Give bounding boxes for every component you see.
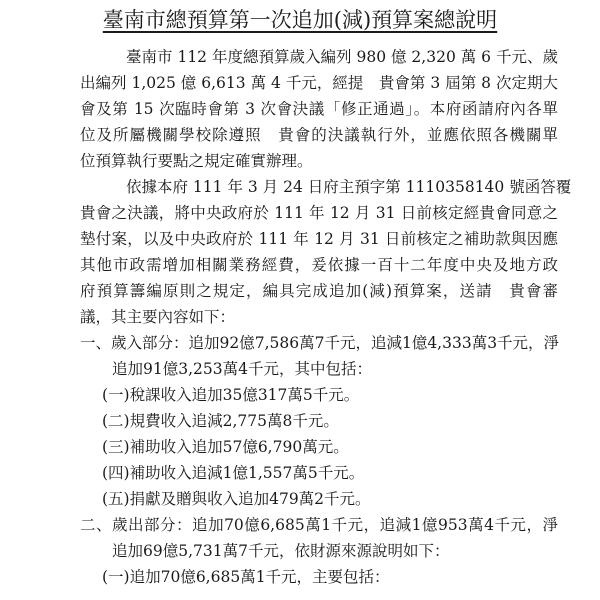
section-expenditure: 二、歲出部分：追加70億6,685萬1千元，追減1億953萬4千元，淨 追加69… xyxy=(80,512,558,590)
section-heading: 一、歲入部分：追加92億7,586萬7千元，追減1億4,333萬3千元，淨 xyxy=(80,330,558,356)
document-title: 臺南市總預算第一次追加(減)預算案總說明 xyxy=(0,6,600,34)
paragraph-line: 位及所屬機關學校除遵照 貴會的決議執行外，並應依照各機關單 xyxy=(80,122,558,148)
paragraph-line: 府預算籌編原則之規定，編具完成追加(減)預算案，送請 貴會審 xyxy=(80,278,558,304)
section-heading: 二、歲出部分：追加70億6,685萬1千元，追減1億953萬4千元，淨 xyxy=(80,512,558,538)
section-revenue: 一、歲入部分：追加92億7,586萬7千元，追減1億4,333萬3千元，淨 追加… xyxy=(80,330,558,512)
paragraph-basis: 依據本府 111 年 3 月 24 日府主預字第 1110358140 號函答覆… xyxy=(80,174,558,330)
paragraph-line: 議，其主要內容如下： xyxy=(80,304,558,330)
paragraph-budget-summary: 臺南市 112 年度總預算歲入編列 980 億 2,320 萬 6 千元、歲 出… xyxy=(80,44,558,174)
paragraph-line: 墊付案，以及中央政府於 111 年 12 月 31 日前核定之補助款與因應 xyxy=(80,226,558,252)
document-title-text: 臺南市總預算第一次追加(減)預算案總說明 xyxy=(103,8,497,32)
section-continuation: 追加69億5,731萬7千元，依財源來源說明如下： xyxy=(80,538,558,564)
paragraph-line: 貴會之決議，將中央政府於 111 年 12 月 31 日前核定經貴會同意之 xyxy=(80,200,558,226)
paragraph-line: 臺南市 112 年度總預算歲入編列 980 億 2,320 萬 6 千元、歲 xyxy=(80,44,558,70)
paragraph-line: 依據本府 111 年 3 月 24 日府主預字第 1110358140 號函答覆 xyxy=(80,174,558,200)
sub-item: (五)捐獻及贈與收入追加479萬2千元。 xyxy=(80,486,558,512)
paragraph-line: 其他市政需增加相關業務經費，爰依據一百十二年度中央及地方政 xyxy=(80,252,558,278)
section-continuation: 追加91億3,253萬4千元，其中包括： xyxy=(80,356,558,382)
sub-item: (一)追加70億6,685萬1千元，主要包括： xyxy=(80,564,558,590)
sub-item: (二)規費收入追減2,775萬8千元。 xyxy=(80,408,558,434)
sub-item: (三)補助收入追加57億6,790萬元。 xyxy=(80,434,558,460)
sub-item: (一)稅課收入追加35億317萬5千元。 xyxy=(80,382,558,408)
paragraph-line: 出編列 1,025 億 6,613 萬 4 千元，經提 貴會第 3 屆第 8 次… xyxy=(80,70,558,96)
document-body: 臺南市 112 年度總預算歲入編列 980 億 2,320 萬 6 千元、歲 出… xyxy=(80,44,558,590)
paragraph-line: 會及第 15 次臨時會第 3 次會決議「修正通過」。本府函請府內各單 xyxy=(80,96,558,122)
paragraph-line: 位預算執行要點之規定確實辦理。 xyxy=(80,148,558,174)
sub-item: (四)補助收入追減1億1,557萬5千元。 xyxy=(80,460,558,486)
